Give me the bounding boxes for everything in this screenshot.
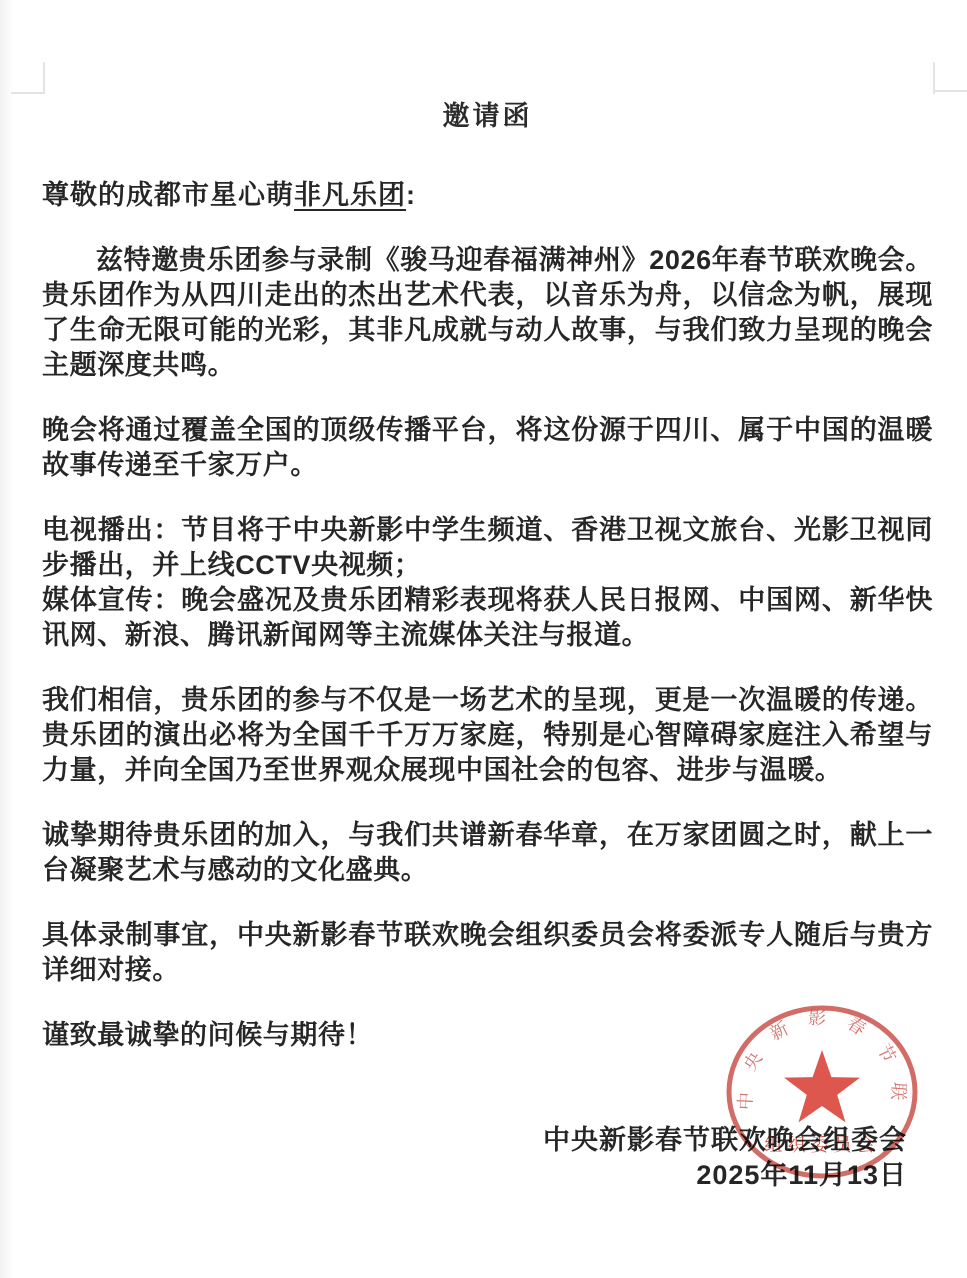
paragraph-belief: 我们相信，贵乐团的参与不仅是一场艺术的呈现，更是一次温暖的传递。贵乐团的演出必将… bbox=[42, 683, 933, 788]
paragraph-tv-broadcast: 电视播出：节目将于中央新影中学生频道、香港卫视文旅台、光影卫视同步播出，并上线C… bbox=[42, 513, 933, 583]
signature-organization: 中央新影春节联欢晚会组委会 bbox=[42, 1123, 907, 1158]
paragraph-invitation: 兹特邀贵乐团参与录制《骏马迎春福满神州》2026年春节联欢晚会。贵乐团作为从四川… bbox=[42, 243, 933, 383]
signature-date: 2025年11月13日 bbox=[42, 1158, 907, 1193]
letter-content: 邀请函 尊敬的成都市星心萌非凡乐团: 兹特邀贵乐团参与录制《骏马迎春福满神州》2… bbox=[0, 96, 967, 1193]
signature-block: 中央新影春节联欢晚会组委会 2025年11月13日 bbox=[42, 1123, 933, 1193]
paragraph-media-publicity: 媒体宣传：晚会盛况及贵乐团精彩表现将获人民日报网、中国网、新华快讯网、新浪、腾讯… bbox=[42, 583, 933, 653]
paragraph-closing-greeting: 谨致最诚挚的问候与期待！ bbox=[42, 1018, 933, 1053]
paragraph-expectation: 诚挚期待贵乐团的加入，与我们共谱新春华章，在万家团圆之时，献上一台凝聚艺术与感动… bbox=[42, 818, 933, 888]
paragraph-broadcast-reach: 晚会将通过覆盖全国的顶级传播平台，将这份源于四川、属于中国的温暖故事传递至千家万… bbox=[42, 413, 933, 483]
letter-title: 邀请函 bbox=[42, 96, 933, 136]
salutation-line: 尊敬的成都市星心萌非凡乐团: bbox=[42, 178, 933, 213]
salutation-prefix: 尊敬的成都市星心萌 bbox=[42, 180, 294, 210]
invitation-letter-page: 邀请函 尊敬的成都市星心萌非凡乐团: 兹特邀贵乐团参与录制《骏马迎春福满神州》2… bbox=[0, 0, 967, 1278]
salutation-colon: : bbox=[406, 180, 416, 210]
salutation-recipient-underlined: 非凡乐团 bbox=[294, 180, 406, 210]
paragraph-followup-contact: 具体录制事宜，中央新影春节联欢晚会组织委员会将委派专人随后与贵方详细对接。 bbox=[42, 918, 933, 988]
